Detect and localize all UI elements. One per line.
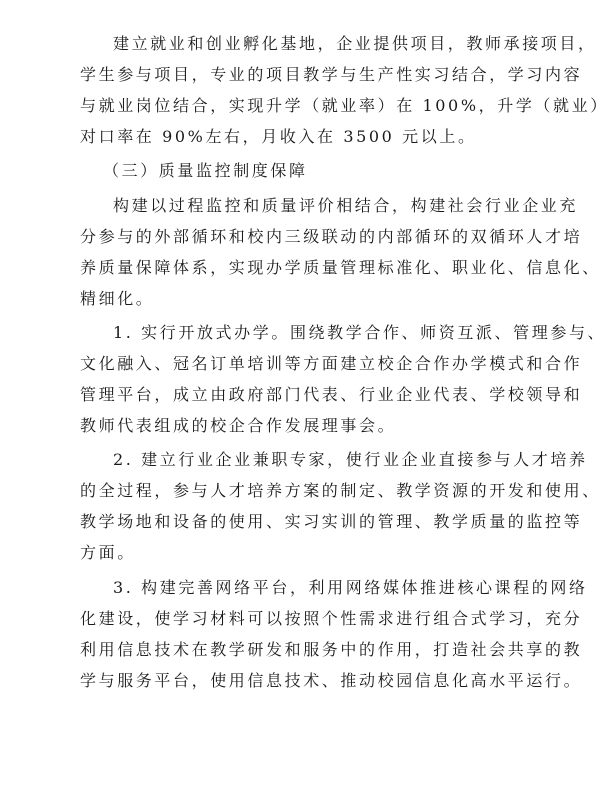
paragraph-5-line-2: 化建设，使学习材料可以按照个性需求进行组合式学习，充分 [80,608,525,630]
paragraph-2-line-3: 养质量保障体系，实现办学质量管理标准化、职业化、信息化、 [80,257,525,279]
paragraph-4-line-1: 2. 建立行业企业兼职专家，使行业企业直接参与人才培养 [113,449,558,471]
paragraph-3-line-4: 教师代表组成的校企合作发展理事会。 [80,415,525,437]
document-page: 建立就业和创业孵化基地，企业提供项目，教师承接项目， 学生参与项目，专业的项目教… [0,0,600,800]
section-heading: （三）质量监控制度保障 [103,160,548,182]
paragraph-4-line-3: 教学场地和设备的使用、实习实训的管理、教学质量的监控等 [80,511,525,533]
paragraph-4-line-2: 的全过程，参与人才培养方案的制定、教学资源的开发和使用、 [80,480,525,502]
paragraph-3-line-1: 1. 实行开放式办学。围绕教学合作、师资互派、管理参与、 [113,322,558,344]
paragraph-1-line-1: 建立就业和创业孵化基地，企业提供项目，教师承接项目， [113,33,558,55]
paragraph-2-line-4: 精细化。 [80,288,525,310]
paragraph-1-line-3: 与就业岗位结合，实现升学（就业率）在 100%，升学（就业） [80,95,525,117]
paragraph-2-line-1: 构建以过程监控和质量评价相结合，构建社会行业企业充 [113,195,558,217]
paragraph-1-line-4: 对口率在 90%左右，月收入在 3500 元以上。 [80,126,525,148]
paragraph-3-line-2: 文化融入、冠名订单培训等方面建立校企合作办学模式和合作 [80,353,525,375]
paragraph-5-line-1: 3. 构建完善网络平台，利用网络媒体推进核心课程的网络 [113,577,558,599]
paragraph-5-line-3: 利用信息技术在教学研发和服务中的作用，打造社会共享的教 [80,639,525,661]
paragraph-1-line-2: 学生参与项目，专业的项目教学与生产性实习结合，学习内容 [80,64,525,86]
paragraph-5-line-4: 学与服务平台，使用信息技术、推动校园信息化高水平运行。 [80,670,525,692]
paragraph-3-line-3: 管理平台，成立由政府部门代表、行业企业代表、学校领导和 [80,384,525,406]
paragraph-2-line-2: 分参与的外部循环和校内三级联动的内部循环的双循环人才培 [80,226,525,248]
paragraph-4-line-4: 方面。 [80,542,525,564]
